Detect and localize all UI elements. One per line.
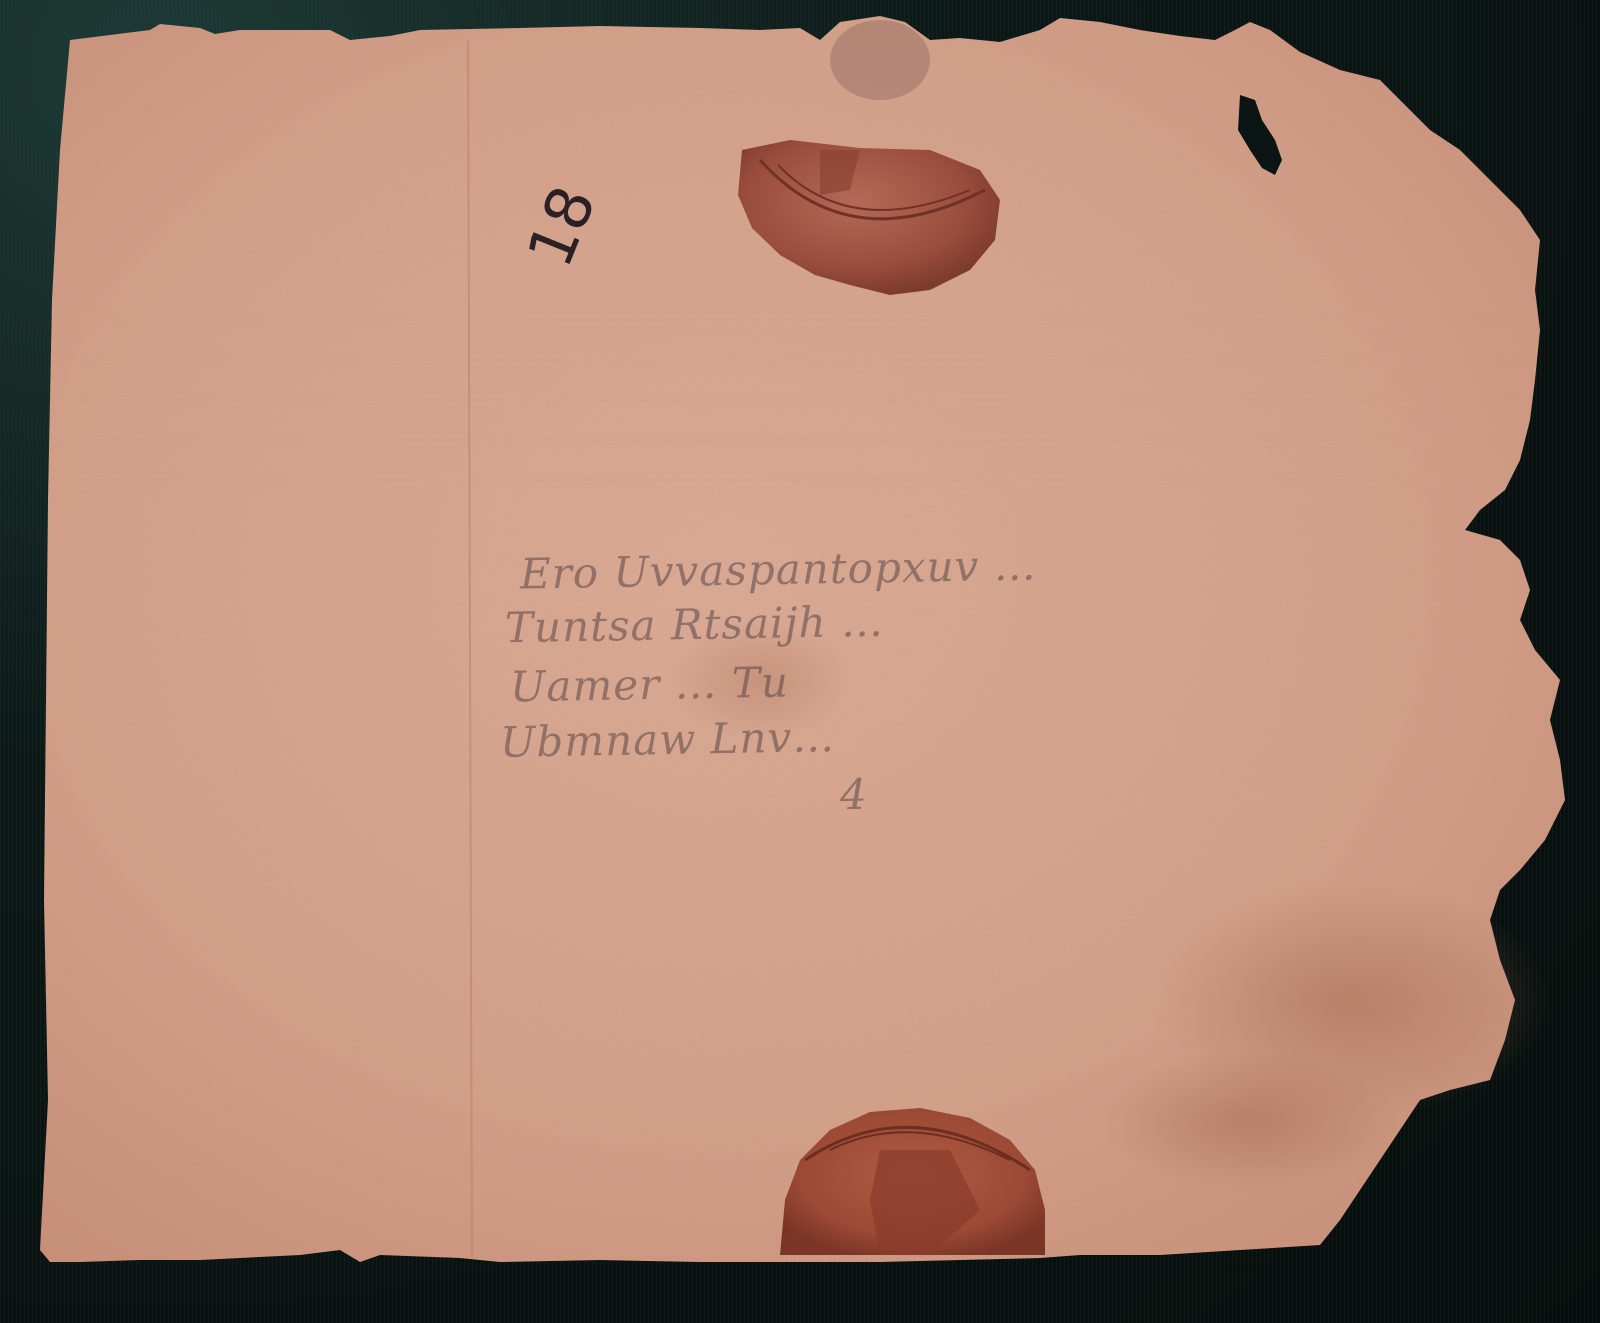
water-stain — [830, 20, 930, 100]
paper-sheet — [0, 0, 1600, 1323]
pencil-line-3: Uamer … Tu — [510, 658, 790, 712]
water-stain — [1100, 1050, 1400, 1190]
pencil-line-5: 4 — [840, 770, 869, 819]
pencil-line-1: Ero Uvvaspantopxuv … — [520, 540, 1037, 598]
pencil-line-2: Tuntsa Rtsaijh … — [505, 597, 885, 653]
pencil-line-4: Ubmnaw Lnv… — [500, 712, 836, 767]
